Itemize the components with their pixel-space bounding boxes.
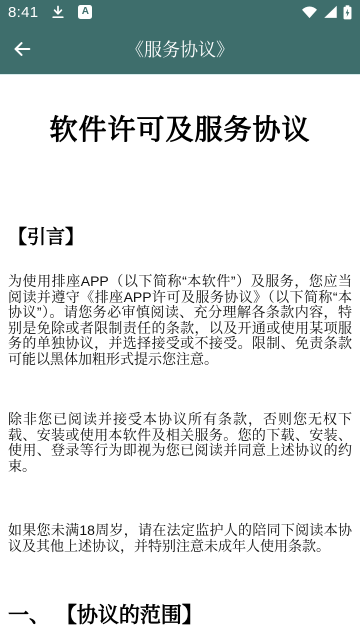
intro-paragraph-1: 为使用排座APP（以下简称“本软件”）及服务，您应当阅读并遵守《排座APP许可及… (8, 274, 352, 367)
intro-section-heading: 【引言】 (8, 225, 352, 251)
cellular-signal-icon (323, 5, 338, 19)
intro-paragraph-2: 除非您已阅读并接受本协议所有条款，否则您无权下载、安装或使用本软件及相关服务。您… (8, 412, 352, 474)
app-screen: 8:41 A (0, 0, 360, 639)
agreement-scroll-area[interactable]: 软件许可及服务协议 【引言】 为使用排座APP（以下简称“本软件”）及服务，您应… (0, 74, 360, 639)
app-bar: 《服务协议》 (0, 24, 360, 74)
download-icon (51, 5, 65, 19)
status-bar: 8:41 A (0, 0, 360, 24)
page-title: 《服务协议》 (0, 36, 360, 62)
scope-section-heading: 一、 【协议的范围】 (8, 602, 352, 630)
letter-a-badge-icon: A (78, 5, 92, 19)
status-time: 8:41 (8, 4, 38, 21)
back-arrow-icon (11, 38, 33, 60)
wifi-icon (301, 5, 318, 19)
battery-charging-icon (343, 5, 352, 20)
back-button[interactable] (0, 24, 44, 74)
intro-paragraph-3: 如果您未满18周岁，请在法定监护人的陪同下阅读本协议及其他上述协议，并特别注意未… (8, 523, 352, 554)
document-title: 软件许可及服务协议 (8, 112, 352, 148)
